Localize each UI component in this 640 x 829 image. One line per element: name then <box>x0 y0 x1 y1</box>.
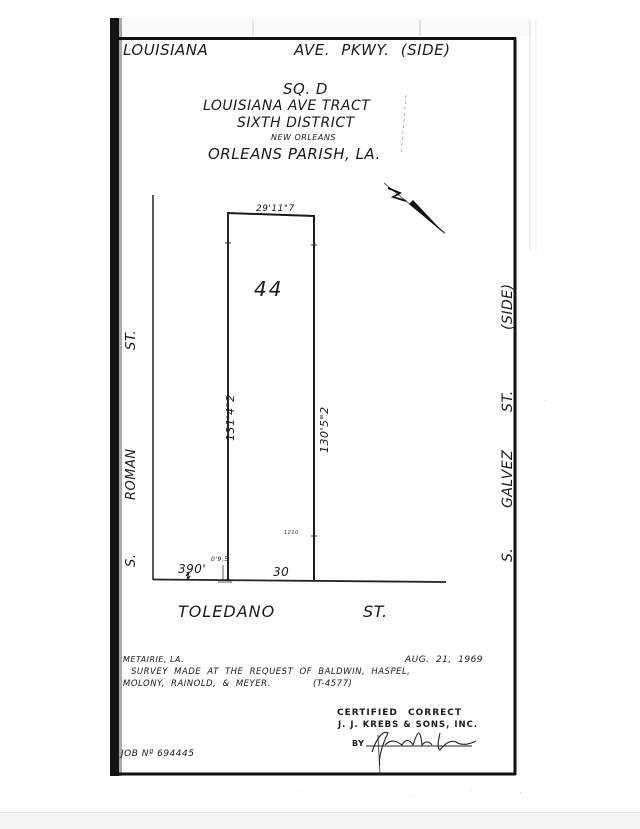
rear-dimension: 29'11"7 <box>256 204 295 214</box>
roman-street-name: ROMAN <box>124 448 139 500</box>
survey-date: AUG. 21, 1969 <box>405 655 483 665</box>
lot-number: 44 <box>254 277 283 301</box>
survey-document-page: LOUISIANA AVE. PKWY. (SIDE) SQ. D LOUISI… <box>0 0 640 829</box>
galvez-street-name: GALVEZ <box>500 450 516 508</box>
header-street-name: LOUISIANA <box>123 41 208 59</box>
district-label: SIXTH DISTRICT <box>237 115 355 131</box>
certification-company: J. J. KREBS & SONS, INC. <box>338 720 478 730</box>
city-label: NEW ORLEANS <box>271 133 336 142</box>
north-arrow-icon <box>384 183 446 235</box>
house-number: 1210 <box>284 530 299 536</box>
front-dimension: 30 <box>273 565 289 579</box>
galvez-street-prefix: S. <box>500 548 516 562</box>
parish-label: ORLEANS PARISH, LA. <box>208 145 381 163</box>
lot-44-outline <box>228 213 314 580</box>
corner-offset: 390' <box>178 562 206 576</box>
toledano-street-line <box>153 580 446 583</box>
galvez-street-side: (SIDE) <box>500 283 516 330</box>
survey-note-line2: MOLONY, RAINOLD, & MEYER. <box>123 679 271 689</box>
toledano-street-name: TOLEDANO <box>178 602 275 621</box>
header-street-suffix: AVE. PKWY. (SIDE) <box>294 41 450 59</box>
left-side-dimension: 131'4"2 <box>224 394 237 441</box>
job-number: JOB Nº 694445 <box>121 749 194 759</box>
survey-location: METAIRIE, LA. <box>123 655 184 664</box>
small-offset: 0'9.5 <box>211 556 229 563</box>
tract-label: LOUISIANA AVE TRACT <box>203 98 370 114</box>
certification-by-label: BY <box>352 739 364 748</box>
right-side-dimension: 130'5"2 <box>318 406 331 453</box>
roman-street-prefix: S. <box>124 554 139 567</box>
toledano-street-suffix: ST. <box>363 602 388 621</box>
certification-title: CERTIFIED CORRECT <box>337 708 462 718</box>
galvez-street-suffix: ST. <box>500 390 516 412</box>
square-label: SQ. D <box>283 80 328 98</box>
viewer-bottom-strip <box>0 812 640 829</box>
survey-reference: (T-4577) <box>313 679 352 689</box>
roman-street-suffix: ST. <box>124 330 139 350</box>
survey-note-line1: SURVEY MADE AT THE REQUEST OF BALDWIN, H… <box>131 667 410 677</box>
left-border <box>110 18 119 776</box>
